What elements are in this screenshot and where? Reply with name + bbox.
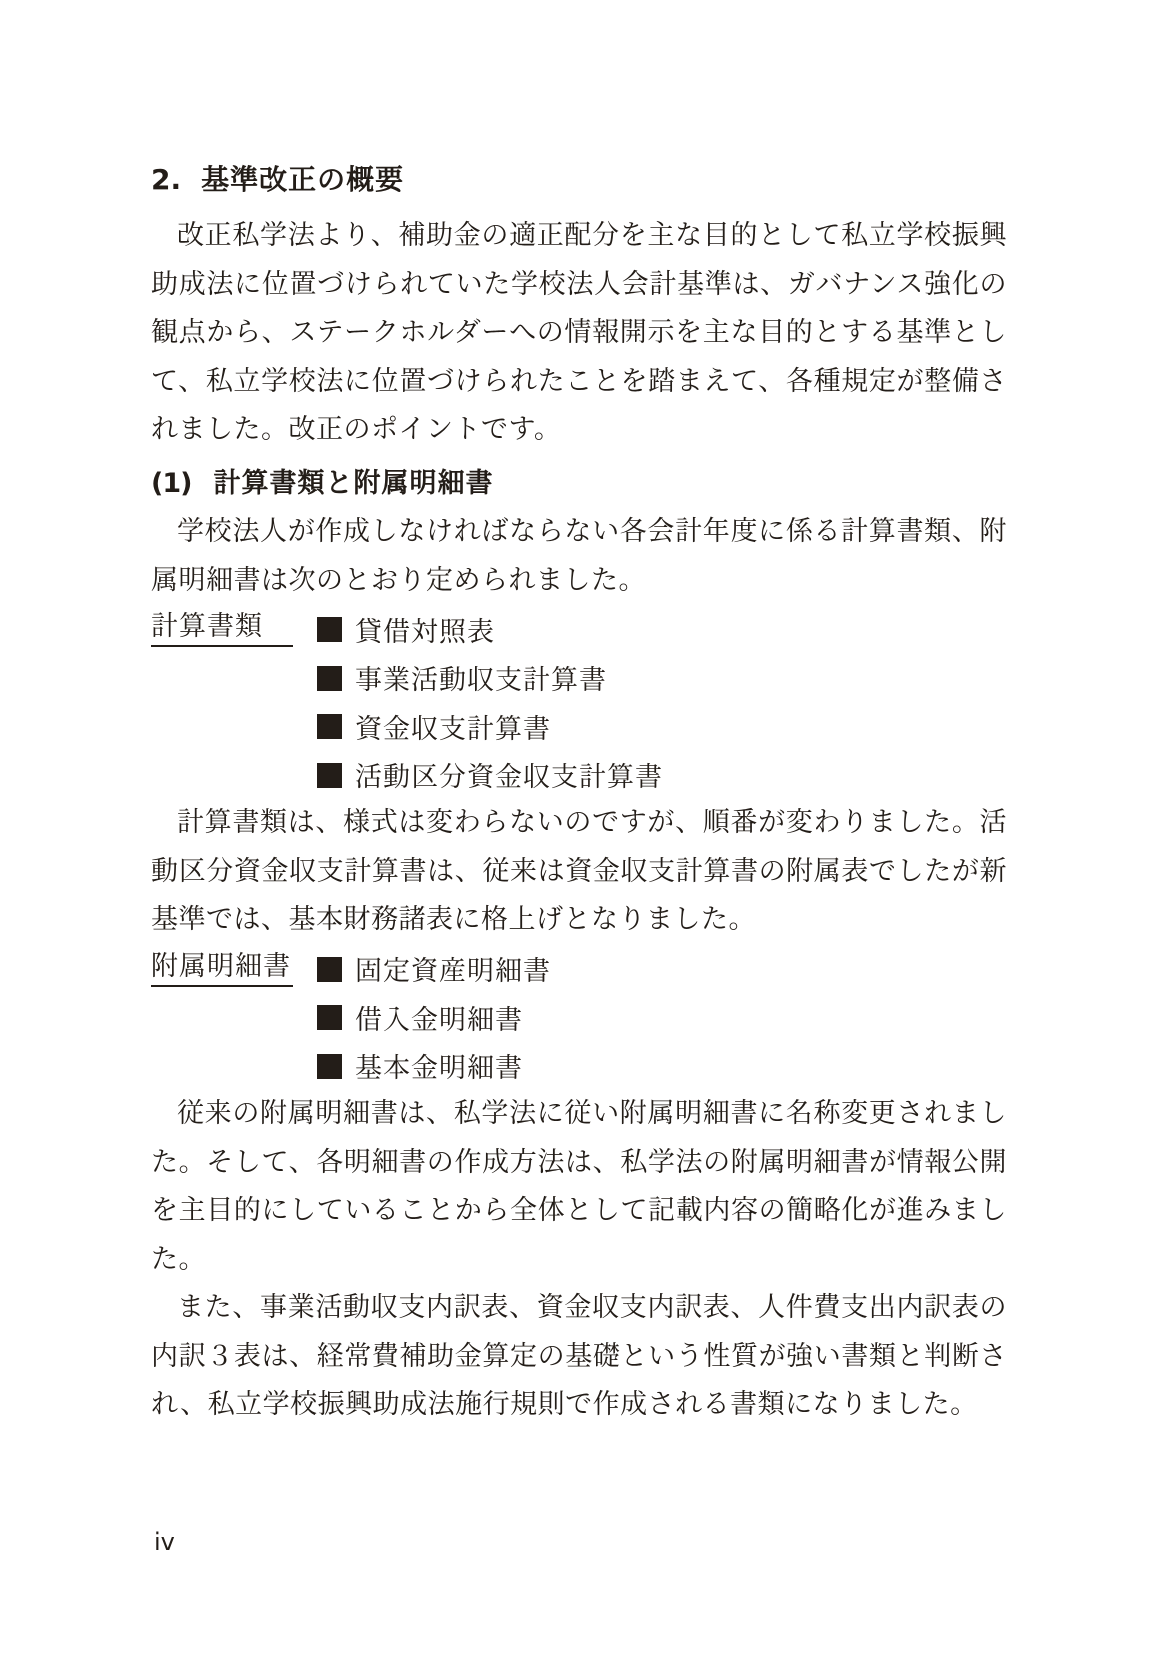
- supplementary-schedules-list: 附属明細書 固定資産明細書 借入金明細書 基本金明細書: [151, 945, 1007, 1091]
- intro-paragraph: 改正私学法より、補助金の適正配分を主な目的として私立学校振興助成法に位置づけられ…: [151, 212, 1007, 455]
- list-item-text: 事業活動収支計算書: [355, 658, 607, 697]
- paragraph-after-supplementary-schedules: 従来の附属明細書は、私学法に従い附属明細書に名称変更されました。そして、各明細書…: [151, 1090, 1007, 1284]
- chapter-heading: 2. 基準改正の概要: [151, 160, 1007, 200]
- list-item: 借入金明細書: [151, 993, 1007, 1042]
- list-item-text: 資金収支計算書: [355, 707, 551, 746]
- financial-statements-list: 計算書類 貸借対照表 事業活動収支計算書 資金収支計算書 活動区分資金収支計算書: [151, 605, 1007, 799]
- section-heading: (1) 計算書類と附属明細書: [151, 460, 1007, 509]
- section-title: 計算書類と附属明細書: [213, 460, 493, 509]
- final-paragraph: また、事業活動収支内訳表、資金収支内訳表、人件費支出内訳表の内訳３表は、経常費補…: [151, 1284, 1007, 1430]
- black-square-bullet-icon: [317, 763, 342, 788]
- list-item-text: 貸借対照表: [355, 610, 495, 649]
- page-content: 2. 基準改正の概要 改正私学法より、補助金の適正配分を主な目的として私立学校振…: [151, 160, 1007, 1430]
- chapter-title: 基準改正の概要: [201, 160, 404, 200]
- list-item-text: 活動区分資金収支計算書: [355, 755, 663, 794]
- list-item: 基本金明細書: [151, 1042, 1007, 1091]
- black-square-bullet-icon: [317, 714, 342, 739]
- list-item: 資金収支計算書: [151, 702, 1007, 751]
- list-item-text: 固定資産明細書: [355, 949, 551, 988]
- financial-statements-label: 計算書類: [151, 611, 293, 647]
- chapter-number: 2.: [151, 160, 181, 200]
- list-item: 活動区分資金収支計算書: [151, 751, 1007, 800]
- black-square-bullet-icon: [317, 1054, 342, 1079]
- black-square-bullet-icon: [317, 1005, 342, 1030]
- black-square-bullet-icon: [317, 666, 342, 691]
- list-item-text: 借入金明細書: [355, 998, 523, 1037]
- page-number: iv: [154, 1528, 175, 1556]
- document-page: 2. 基準改正の概要 改正私学法より、補助金の適正配分を主な目的として私立学校振…: [0, 0, 1166, 1654]
- paragraph-after-financial-statements: 計算書類は、様式は変わらないのですが、順番が変わりました。活動区分資金収支計算書…: [151, 799, 1007, 945]
- list-item: 計算書類 貸借対照表: [151, 605, 1007, 654]
- list-item: 附属明細書 固定資産明細書: [151, 945, 1007, 994]
- list-item: 事業活動収支計算書: [151, 654, 1007, 703]
- section-lead-paragraph: 学校法人が作成しなければならない各会計年度に係る計算書類、附属明細書は次のとおり…: [151, 508, 1007, 605]
- black-square-bullet-icon: [317, 957, 342, 982]
- black-square-bullet-icon: [317, 617, 342, 642]
- supplementary-schedules-label: 附属明細書: [151, 951, 293, 987]
- list-item-text: 基本金明細書: [355, 1046, 523, 1085]
- section-number: (1): [151, 460, 191, 509]
